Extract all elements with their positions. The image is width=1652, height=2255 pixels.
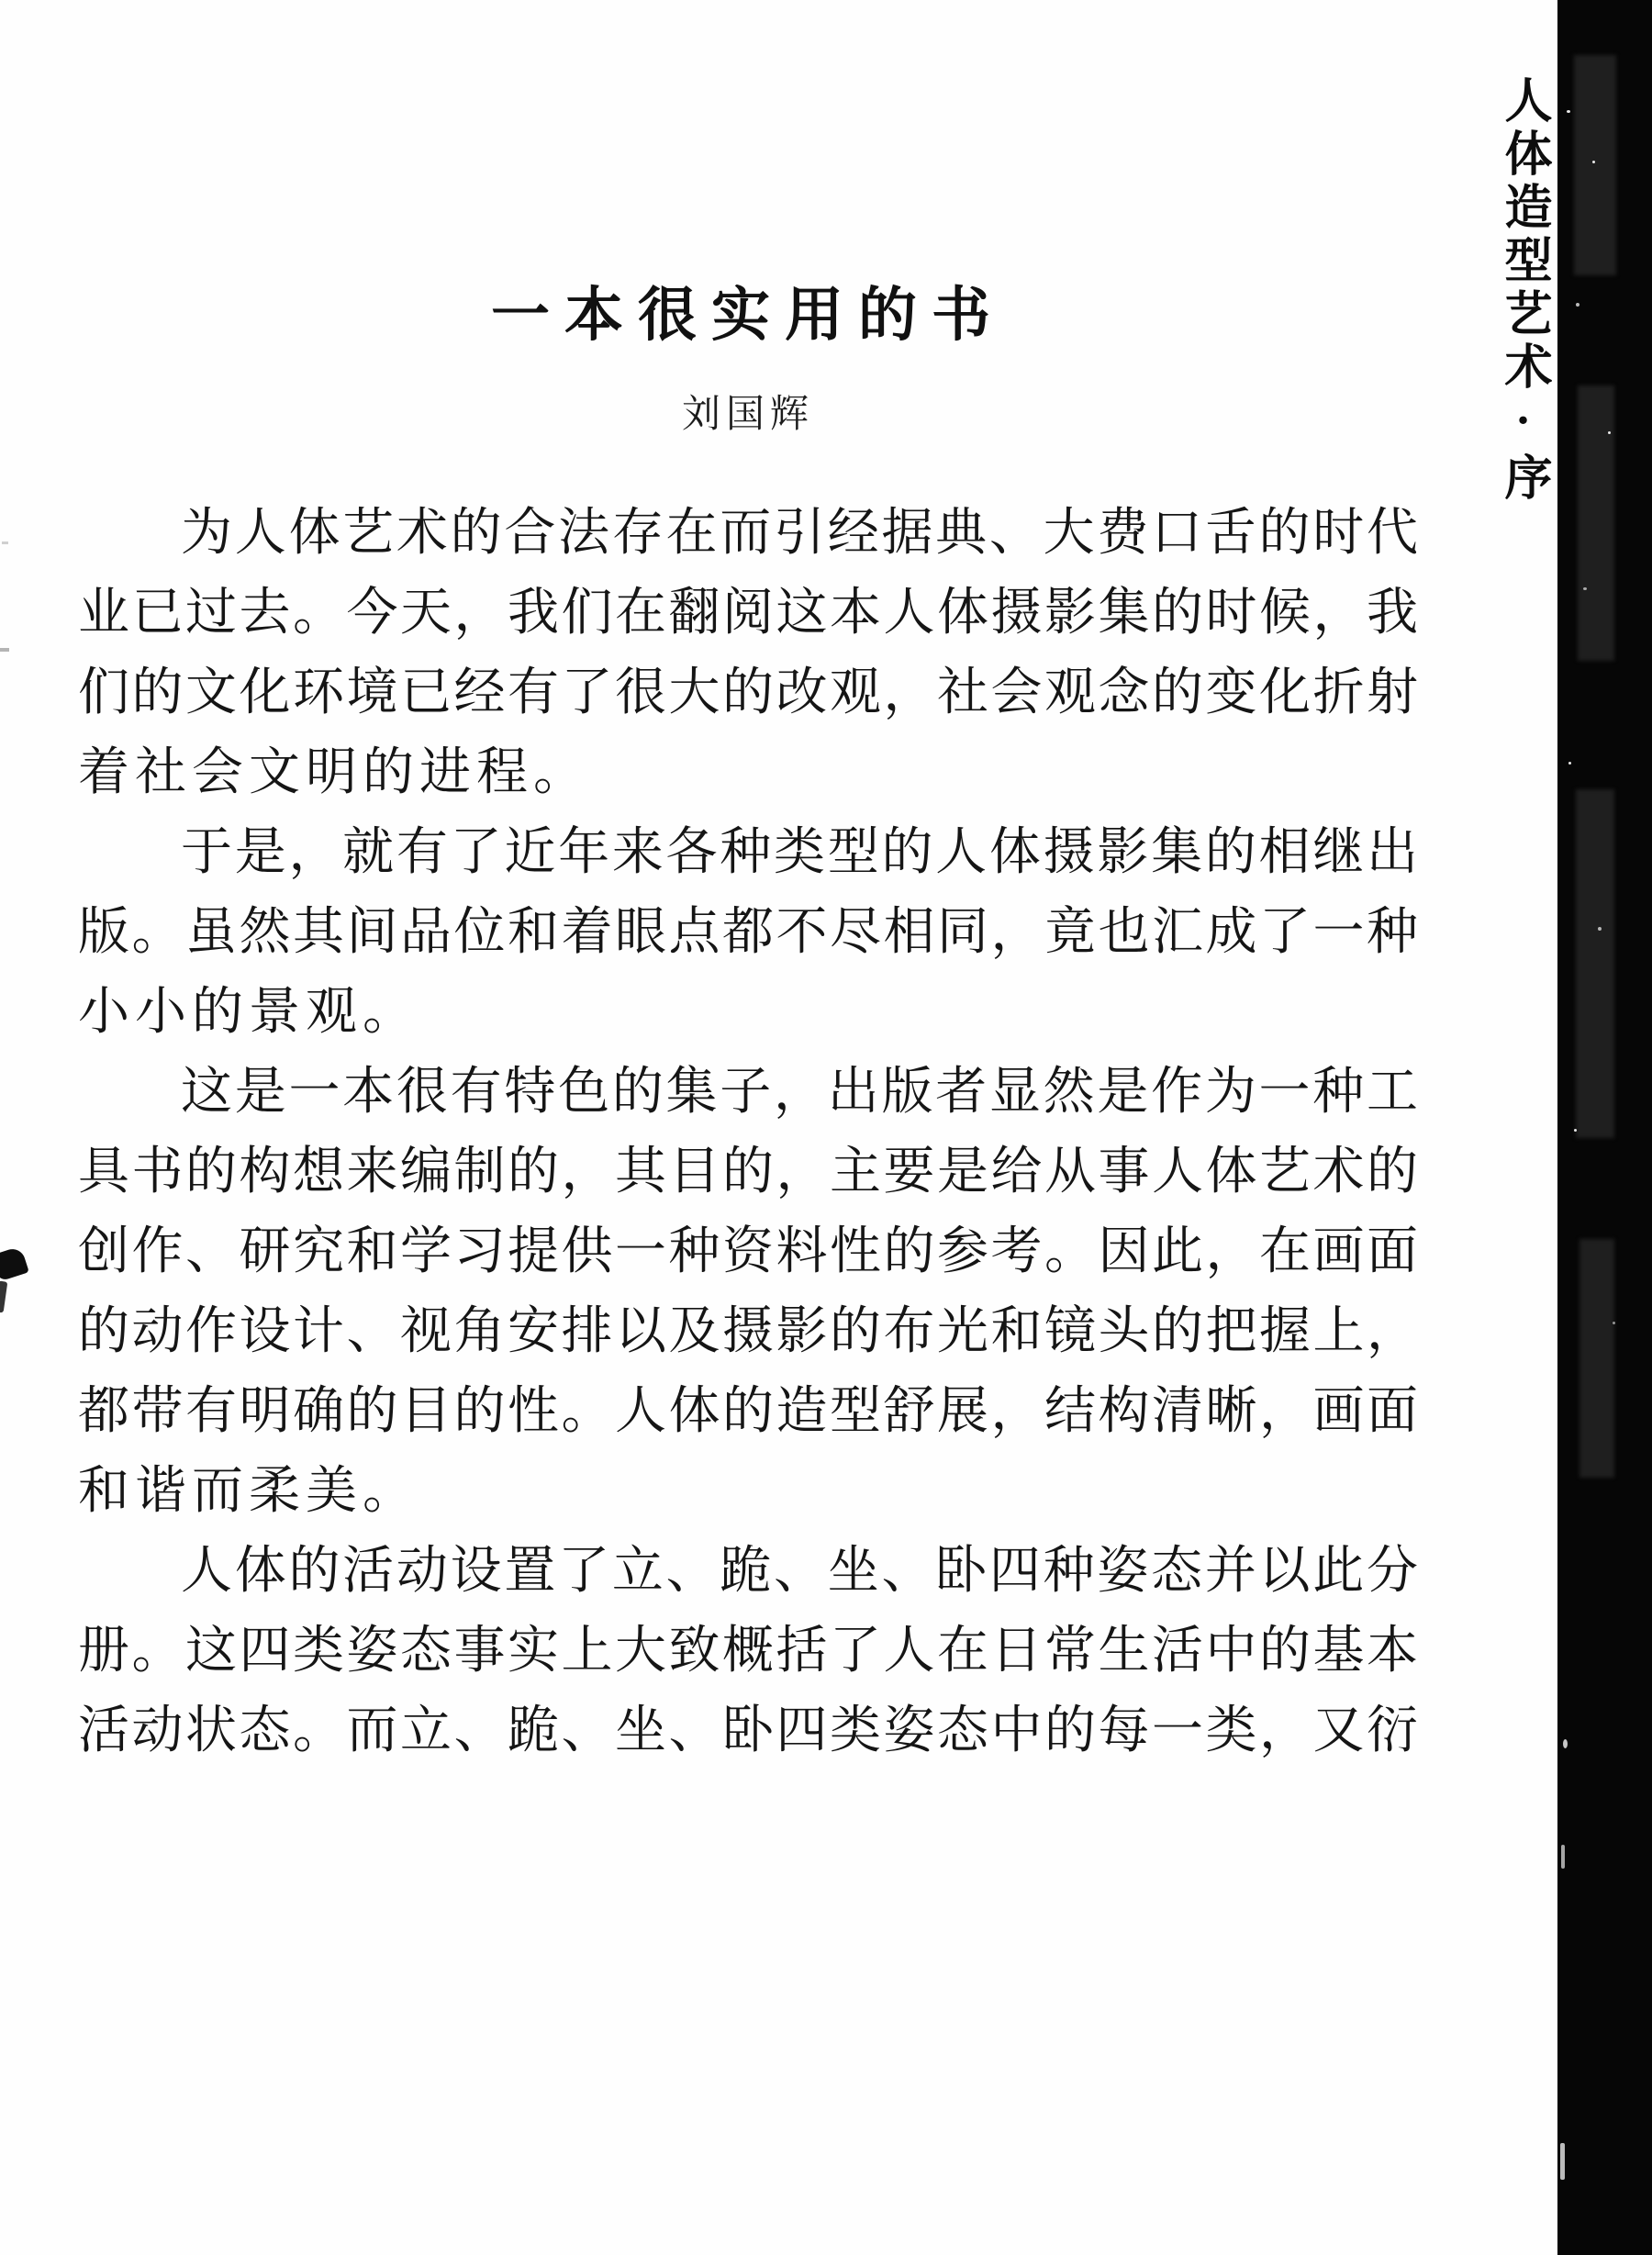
- scan-noise-speck: [1613, 1322, 1615, 1324]
- scan-edge-tick: [2, 541, 8, 544]
- scan-noise-speck: [1598, 927, 1602, 931]
- paragraph: 为人体艺术的合法存在而引经据典、大费口舌的时代业已过去。今天，我们在翻阅这本人体…: [78, 494, 1418, 813]
- text-line: 创作、研究和学习提供一种资料性的参考。因此，在画面: [78, 1212, 1418, 1292]
- text-line: 的动作设计、视角安排以及摄影的布光和镜头的把握上，: [78, 1292, 1418, 1372]
- text-line: 于是，就有了近年来各种类型的人体摄影集的相继出: [78, 813, 1418, 893]
- paragraph: 人体的活动设置了立、跪、坐、卧四种姿态并以此分册。这四类姿态事实上大致概括了人在…: [78, 1532, 1418, 1771]
- scan-noise-speck: [1608, 431, 1611, 434]
- scan-noise-speck: [1560, 2143, 1565, 2180]
- scan-noise-speck: [1576, 303, 1579, 307]
- paragraph: 这是一本很有特色的集子，出版者显然是作为一种工具书的构想来编制的，其目的，主要是…: [78, 1053, 1418, 1532]
- scan-noise-speck: [1561, 1845, 1565, 1869]
- text-line: 着社会文明的进程。: [78, 733, 1418, 813]
- scan-ghost-texture: [1574, 55, 1616, 275]
- sidebar-vertical-caption: 人体造型艺术·序: [1489, 75, 1557, 534]
- scan-edge-tick: [0, 648, 9, 652]
- text-line: 业已过去。今天，我们在翻阅这本人体摄影集的时候，我: [78, 574, 1418, 653]
- text-line: 具书的构想来编制的，其目的，主要是给从事人体艺术的: [78, 1133, 1418, 1212]
- scan-noise-speck: [1563, 1739, 1568, 1748]
- scan-ghost-texture: [1576, 789, 1614, 1138]
- scan-ghost-texture: [1579, 1239, 1614, 1478]
- author-name: 刘国辉: [78, 384, 1418, 439]
- paragraph: 于是，就有了近年来各种类型的人体摄影集的相继出版。虽然其间品位和着眼点都不尽相同…: [78, 813, 1418, 1053]
- text-line: 版。虽然其间品位和着眼点都不尽相同，竟也汇成了一种: [78, 893, 1418, 973]
- text-line: 都带有明确的目的性。人体的造型舒展，结构清晰，画面: [78, 1372, 1418, 1452]
- text-line: 这是一本很有特色的集子，出版者显然是作为一种工: [78, 1053, 1418, 1133]
- text-line: 和谐而柔美。: [78, 1452, 1418, 1532]
- text-line: 册。这四类姿态事实上大致概括了人在日常生活中的基本: [78, 1612, 1418, 1691]
- scan-gutter-band: [1557, 0, 1652, 2255]
- scan-ghost-texture: [1578, 385, 1614, 661]
- text-line: 们的文化环境已经有了很大的改观，社会观念的变化折射: [78, 653, 1418, 733]
- body-text: 为人体艺术的合法存在而引经据典、大费口舌的时代业已过去。今天，我们在翻阅这本人体…: [78, 494, 1418, 1771]
- scan-noise-speck: [1567, 110, 1570, 113]
- text-line: 人体的活动设置了立、跪、坐、卧四种姿态并以此分: [78, 1532, 1418, 1612]
- scan-noise-speck: [1568, 762, 1571, 765]
- scanned-book-page: 一本很实用的书 刘国辉 为人体艺术的合法存在而引经据典、大费口舌的时代业已过去。…: [0, 0, 1652, 2255]
- text-line: 小小的景观。: [78, 973, 1418, 1053]
- text-line: 为人体艺术的合法存在而引经据典、大费口舌的时代: [78, 494, 1418, 574]
- scan-noise-speck: [1574, 1129, 1577, 1132]
- text-line: 活动状态。而立、跪、坐、卧四类姿态中的每一类，又衍: [78, 1691, 1418, 1771]
- scan-noise-speck: [1583, 587, 1587, 590]
- scan-smudge-mark: [0, 1280, 7, 1312]
- scan-noise-speck: [1592, 161, 1595, 163]
- scan-smudge-mark: [0, 1245, 29, 1281]
- page-title: 一本很实用的书: [78, 268, 1418, 352]
